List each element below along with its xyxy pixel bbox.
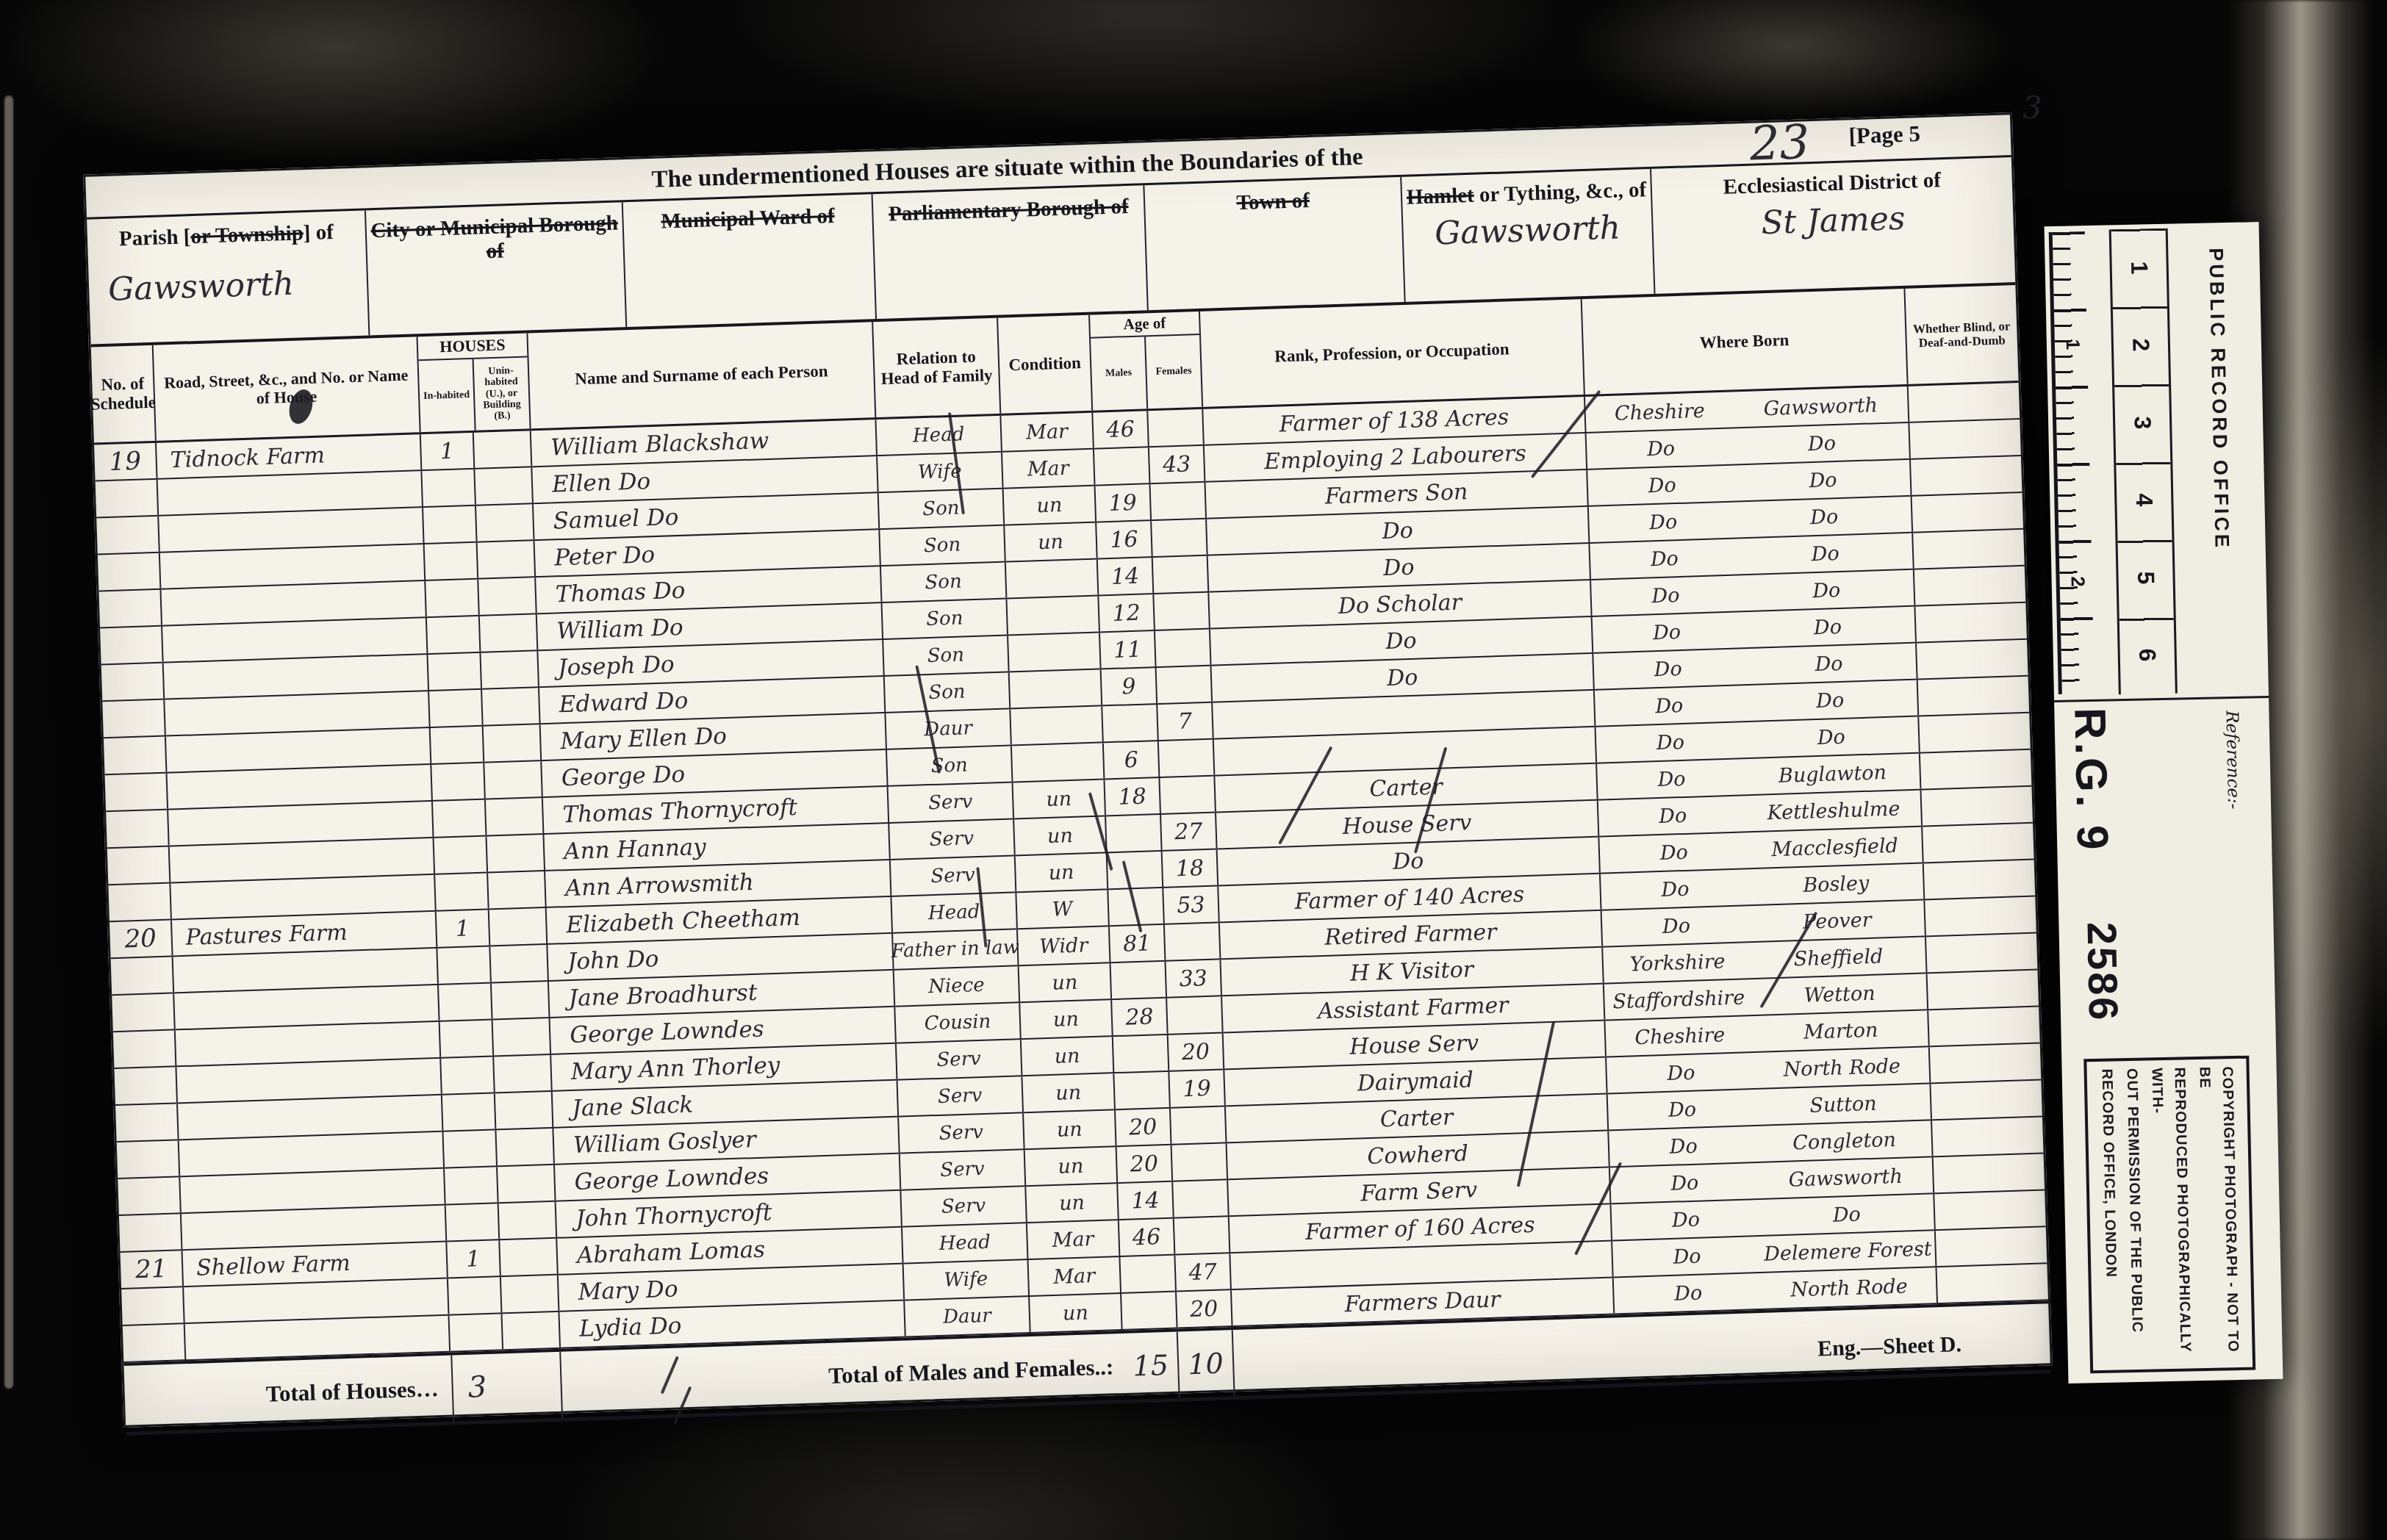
total-houses-label: Total of Houses… bbox=[124, 1356, 453, 1432]
cell-uninhabited bbox=[492, 982, 550, 1018]
cell-inhabited bbox=[442, 1093, 497, 1130]
cell-condition bbox=[1006, 560, 1099, 598]
cell-blind bbox=[1913, 530, 2024, 569]
cell-age-males: 14 bbox=[1118, 1182, 1174, 1219]
cell-relation: Niece bbox=[894, 966, 1020, 1005]
cell-age-females: 20 bbox=[1177, 1290, 1233, 1327]
col-road: Road, Street, &c., and No. or Name of Ho… bbox=[154, 337, 421, 441]
born-place: Bosley bbox=[1749, 870, 1923, 899]
cell-blind bbox=[1932, 1117, 2043, 1156]
cell-age-males: 18 bbox=[1105, 778, 1161, 815]
born-place: North Rode bbox=[1755, 1054, 1929, 1082]
cell-schedule bbox=[104, 737, 168, 774]
cell-condition bbox=[1011, 706, 1103, 744]
cell-relation: Son bbox=[887, 746, 1013, 785]
cell-age-females bbox=[1174, 1217, 1231, 1253]
cell-relation: Serv bbox=[901, 1187, 1027, 1226]
cell-house: Shellow Farm bbox=[182, 1242, 448, 1287]
cell-uninhabited bbox=[476, 504, 535, 541]
cell-blind bbox=[1936, 1264, 2047, 1303]
born-place: Marton bbox=[1754, 1017, 1928, 1046]
cell-age-males bbox=[1111, 962, 1168, 999]
cell-uninhabited bbox=[500, 1239, 559, 1275]
cell-inhabited bbox=[428, 653, 482, 690]
ruler-number: 2 bbox=[2127, 338, 2154, 352]
cell-house bbox=[174, 985, 439, 1029]
born-place: Do bbox=[1737, 503, 1911, 531]
cell-uninhabited bbox=[494, 1055, 553, 1092]
cell-inhabited bbox=[431, 763, 486, 800]
cell-relation: Wife bbox=[877, 453, 1003, 492]
born-county: Do bbox=[1614, 1279, 1762, 1306]
cell-house bbox=[178, 1095, 443, 1140]
cell-house bbox=[170, 838, 435, 882]
cell-schedule bbox=[114, 1067, 178, 1104]
cell-age-males: 16 bbox=[1096, 521, 1153, 558]
ruler-inch-2: 2 bbox=[2067, 576, 2089, 587]
cell-relation: Son bbox=[879, 489, 1005, 528]
born-place: North Rode bbox=[1762, 1274, 1936, 1303]
born-place: Do bbox=[1736, 466, 1910, 494]
born-place: Buglawton bbox=[1745, 760, 1920, 788]
cell-blind bbox=[1915, 603, 2026, 642]
copyright-line: COPYRIGHT PHOTOGRAPH - NOT TO BE bbox=[2193, 1066, 2244, 1361]
boundary-parliamentary: Parliamentary Borough of bbox=[873, 185, 1149, 319]
born-county: Do bbox=[1587, 472, 1736, 499]
cell-age-females bbox=[1157, 666, 1213, 703]
cell-schedule bbox=[98, 553, 162, 591]
col-houses-group: HOUSES bbox=[418, 333, 528, 360]
col-rank: Rank, Profession, or Occupation bbox=[1200, 299, 1585, 407]
cell-condition bbox=[1012, 743, 1105, 781]
cell-relation: Father in law bbox=[893, 929, 1019, 968]
ruler-number: 6 bbox=[2133, 648, 2161, 662]
pro-reference-strip: 1 2 1 2 3 4 5 6 PUBLIC RECORD OFFICE Ref… bbox=[2045, 222, 2283, 1384]
cell-age-females: 20 bbox=[1169, 1033, 1225, 1070]
cell-schedule bbox=[119, 1214, 183, 1251]
reference-section: Reference:- R.G. 9 2586 bbox=[2054, 698, 2276, 1055]
born-county: Staffordshire bbox=[1604, 986, 1753, 1013]
ruler-number: 5 bbox=[2132, 571, 2159, 585]
total-houses-value: 3 bbox=[451, 1352, 563, 1422]
cell-house bbox=[161, 581, 426, 625]
cell-schedule bbox=[107, 847, 171, 885]
col-females: Females bbox=[1146, 334, 1202, 409]
cell-age-females bbox=[1171, 1107, 1227, 1143]
cell-blind bbox=[1921, 787, 2032, 826]
cell-uninhabited bbox=[481, 651, 539, 688]
born-county: Cheshire bbox=[1585, 398, 1734, 425]
col-blind: Whether Blind, or Deaf-and-Dumb bbox=[1905, 285, 2018, 384]
cell-relation: Cousin bbox=[895, 1003, 1021, 1042]
cell-blind bbox=[1931, 1080, 2042, 1119]
cell-blind bbox=[1934, 1190, 2045, 1229]
col-inhabited: In-habited bbox=[419, 359, 476, 432]
cell-age-males: 20 bbox=[1117, 1145, 1174, 1182]
cell-age-females bbox=[1160, 777, 1216, 813]
cell-house bbox=[179, 1132, 445, 1176]
ecclesiastical-label: Ecclesiastical District of bbox=[1651, 166, 2012, 202]
cell-uninhabited bbox=[489, 908, 548, 945]
cell-inhabited bbox=[429, 690, 484, 727]
boundary-city: City or Municipal Borough of bbox=[366, 202, 627, 335]
cell-relation: Daur bbox=[886, 709, 1011, 748]
boundary-ecclesiastical: Ecclesiastical District of St James bbox=[1651, 157, 2015, 294]
cell-house bbox=[164, 655, 429, 699]
born-place: Congleton bbox=[1757, 1127, 1931, 1156]
sheet-footer: Eng.—Sheet D. bbox=[1817, 1332, 1962, 1361]
cell-age-females: 47 bbox=[1175, 1253, 1232, 1290]
cell-house bbox=[176, 1059, 442, 1103]
born-place: Sheffield bbox=[1751, 943, 1925, 972]
born-county: Do bbox=[1609, 1132, 1758, 1159]
cell-schedule bbox=[115, 1104, 179, 1141]
cell-condition: Mar bbox=[1001, 413, 1094, 451]
cell-age-females: 18 bbox=[1163, 849, 1219, 886]
col-males: Males bbox=[1091, 337, 1148, 411]
cell-relation: Son bbox=[881, 563, 1007, 602]
cell-age-males: 81 bbox=[1110, 925, 1166, 962]
cell-age-females bbox=[1151, 483, 1207, 519]
cell-blind bbox=[1909, 420, 2020, 458]
cell-schedule bbox=[100, 627, 164, 664]
cell-house bbox=[159, 508, 424, 552]
cell-age-males bbox=[1108, 852, 1164, 888]
cell-age-males bbox=[1114, 1072, 1171, 1109]
cell-inhabited: 1 bbox=[437, 910, 491, 947]
cell-schedule bbox=[105, 774, 169, 811]
born-county: Do bbox=[1608, 1096, 1756, 1123]
total-males: 15 bbox=[1123, 1332, 1180, 1400]
born-place: Do bbox=[1759, 1201, 1934, 1229]
cell-house bbox=[170, 875, 436, 919]
cell-uninhabited bbox=[484, 761, 543, 798]
cell-inhabited bbox=[434, 837, 489, 874]
cell-age-males: 20 bbox=[1116, 1109, 1172, 1145]
cell-house bbox=[173, 949, 439, 993]
cell-schedule bbox=[96, 480, 159, 517]
cell-uninhabited bbox=[486, 798, 545, 835]
cell-age-females bbox=[1155, 630, 1212, 666]
cell-uninhabited bbox=[484, 724, 542, 761]
cell-blind bbox=[1919, 713, 2030, 752]
cell-schedule: 19 bbox=[94, 443, 158, 481]
cell-relation: Serv bbox=[900, 1150, 1026, 1189]
cell-age-males: 14 bbox=[1098, 558, 1155, 594]
born-place: Gawsworth bbox=[1734, 392, 1908, 421]
cell-uninhabited bbox=[501, 1275, 560, 1312]
cell-house bbox=[162, 618, 428, 662]
born-county: Do bbox=[1607, 1059, 1755, 1087]
cell-uninhabited bbox=[495, 1092, 554, 1129]
page-number: 23 bbox=[1749, 115, 1811, 172]
cell-inhabited bbox=[435, 874, 489, 910]
cell-inhabited bbox=[437, 946, 492, 983]
boundary-ward: Municipal Ward of bbox=[623, 194, 877, 327]
cell-house bbox=[165, 691, 430, 735]
cell-uninhabited bbox=[493, 1018, 552, 1055]
total-mf-label: Total of Males and Females..: bbox=[561, 1334, 1125, 1418]
born-county: Do bbox=[1601, 876, 1749, 903]
cell-age-females bbox=[1153, 556, 1210, 593]
cell-age-males: 11 bbox=[1100, 631, 1157, 668]
cell-age-males: 9 bbox=[1102, 668, 1158, 705]
cell-house bbox=[160, 544, 426, 589]
cell-condition: un bbox=[1022, 1037, 1114, 1075]
city-label: City or Municipal Borough of bbox=[366, 211, 623, 268]
cell-blind bbox=[1926, 934, 2037, 973]
cell-house bbox=[158, 471, 423, 515]
cell-age-females: 7 bbox=[1157, 703, 1214, 740]
cell-blind bbox=[1909, 383, 2020, 422]
ward-label: Municipal Ward of bbox=[623, 203, 872, 235]
col-relation: Relation to Head of Family bbox=[873, 318, 1001, 417]
born-place: Macclesfield bbox=[1748, 833, 1922, 862]
cell-age-females: 19 bbox=[1169, 1070, 1226, 1107]
cell-schedule bbox=[112, 993, 176, 1031]
cell-condition: un bbox=[1016, 853, 1108, 891]
born-place: Do bbox=[1740, 613, 1914, 641]
cell-condition: un bbox=[1030, 1294, 1122, 1332]
cell-house bbox=[176, 1022, 441, 1066]
cell-uninhabited bbox=[474, 431, 533, 467]
born-county: Do bbox=[1600, 839, 1748, 866]
piece-number: 2586 bbox=[2078, 921, 2128, 1023]
born-place: Delemere Forest bbox=[1761, 1237, 1935, 1266]
cell-inhabited bbox=[422, 469, 476, 506]
cell-house: Pastures Farm bbox=[172, 912, 437, 956]
cell-condition: Mar bbox=[1029, 1257, 1121, 1295]
born-county: Do bbox=[1598, 802, 1747, 830]
born-county: Yorkshire bbox=[1603, 949, 1751, 976]
cell-relation: Son bbox=[885, 672, 1011, 711]
cell-schedule bbox=[96, 517, 160, 554]
rg9-series-label: R.G. 9 bbox=[2064, 707, 2118, 853]
cell-condition bbox=[1008, 633, 1101, 671]
cell-age-females bbox=[1152, 519, 1208, 556]
cell-age-females bbox=[1154, 593, 1210, 630]
cell-schedule bbox=[113, 1030, 177, 1068]
cell-condition: W bbox=[1016, 890, 1109, 928]
cell-relation: Serv bbox=[891, 856, 1016, 895]
col-age-group: Age of bbox=[1090, 312, 1199, 338]
cell-age-females bbox=[1167, 996, 1224, 1033]
cell-uninhabited bbox=[478, 541, 536, 577]
cell-blind bbox=[1911, 456, 2022, 495]
cell-condition bbox=[1007, 597, 1099, 635]
cell-condition: Widr bbox=[1018, 926, 1110, 965]
cell-age-males: 28 bbox=[1112, 999, 1169, 1035]
born-county: Do bbox=[1590, 545, 1739, 572]
cell-relation: Head bbox=[876, 416, 1002, 455]
born-county: Do bbox=[1610, 1169, 1759, 1196]
born-place: Gawsworth bbox=[1759, 1164, 1933, 1192]
census-sheet: The undermentioned Houses are situate wi… bbox=[83, 112, 2053, 1428]
cell-inhabited bbox=[441, 1057, 495, 1093]
cell-age-females bbox=[1172, 1143, 1229, 1180]
col-houses: HOUSES In-habited Unin-habited (U.), or … bbox=[418, 333, 531, 432]
cell-age-males bbox=[1094, 447, 1151, 484]
ruler: 1 2 1 2 3 4 5 6 PUBLIC RECORD OFFICE bbox=[2045, 222, 2269, 702]
cell-age-males bbox=[1102, 705, 1159, 741]
col-condition: Condition bbox=[998, 315, 1093, 414]
born-county: Do bbox=[1602, 913, 1751, 940]
cell-relation: Serv bbox=[897, 1040, 1022, 1079]
cell-inhabited bbox=[425, 543, 479, 580]
born-place: Do bbox=[1744, 723, 1918, 752]
copyright-line: OUT PERMISSION OF THE PUBLIC bbox=[2120, 1068, 2149, 1363]
parish-label: Parish [or Township] of bbox=[87, 219, 366, 253]
cell-blind bbox=[1914, 566, 2025, 605]
page-label: [Page 5 bbox=[1848, 120, 1920, 149]
cell-house bbox=[184, 1279, 449, 1323]
cell-inhabited bbox=[445, 1167, 499, 1203]
born-place: Do bbox=[1742, 650, 1916, 678]
copyright-stamp: COPYRIGHT PHOTOGRAPH - NOT TO BE REPRODU… bbox=[2083, 1056, 2255, 1374]
born-county: Do bbox=[1596, 729, 1745, 756]
cell-age-females bbox=[1165, 923, 1221, 960]
cell-uninhabited bbox=[499, 1202, 558, 1239]
boundary-parish: Parish [or Township] of Gawsworth bbox=[87, 210, 370, 344]
cell-age-males: 46 bbox=[1119, 1219, 1176, 1256]
born-county: Do bbox=[1593, 619, 1741, 646]
cell-condition: Mar bbox=[1027, 1220, 1120, 1259]
parliamentary-label: Parliamentary Borough of bbox=[873, 194, 1144, 227]
cell-relation: Serv bbox=[898, 1076, 1024, 1115]
col-uninhabited: Unin-habited (U.), or Building (B.) bbox=[474, 357, 530, 431]
cell-condition: un bbox=[1014, 816, 1107, 854]
page-edge-sliver bbox=[4, 96, 13, 1389]
cell-inhabited bbox=[423, 506, 478, 543]
cell-age-males bbox=[1106, 815, 1163, 852]
cell-condition: un bbox=[1025, 1147, 1118, 1185]
cell-inhabited bbox=[448, 1277, 503, 1314]
cell-uninhabited bbox=[490, 945, 549, 982]
copyright-line: REPRODUCED PHOTOGRAPHICALLY WITH- bbox=[2145, 1067, 2197, 1361]
cell-uninhabited bbox=[496, 1129, 555, 1165]
cell-house bbox=[182, 1206, 447, 1250]
cell-age-males bbox=[1121, 1292, 1178, 1329]
cell-relation: Serv bbox=[889, 782, 1014, 821]
cell-condition bbox=[1010, 669, 1102, 708]
cell-uninhabited bbox=[478, 577, 537, 614]
cell-inhabited bbox=[431, 727, 485, 763]
cell-age-females bbox=[1159, 740, 1216, 777]
cell-house bbox=[180, 1169, 445, 1213]
cell-blind bbox=[1917, 640, 2028, 679]
town-label: Town of bbox=[1145, 186, 1401, 219]
cell-blind bbox=[1920, 750, 2031, 789]
cell-house bbox=[168, 765, 433, 809]
cell-inhabited bbox=[440, 1020, 495, 1057]
born-place: Do bbox=[1738, 539, 1912, 568]
born-county: Do bbox=[1594, 655, 1742, 683]
cell-house bbox=[168, 802, 434, 846]
col-born: Where Born bbox=[1582, 289, 1909, 395]
cell-relation: Son bbox=[880, 526, 1005, 565]
cell-relation: Head bbox=[891, 893, 1017, 932]
cell-inhabited bbox=[439, 983, 493, 1020]
table-body: 19Tidnock Farm1William BlackshawHeadMar4… bbox=[94, 383, 2048, 1363]
cell-age-females: 43 bbox=[1149, 446, 1206, 483]
corner-annotation: 3 bbox=[2022, 90, 2042, 126]
cell-age-females: 27 bbox=[1161, 813, 1218, 850]
cell-age-males: 6 bbox=[1104, 741, 1160, 778]
cell-blind bbox=[1923, 824, 2034, 863]
cell-uninhabited bbox=[480, 614, 539, 651]
cell-condition: un bbox=[1004, 486, 1096, 525]
copyright-line: RECORD OFFICE, LONDON bbox=[2095, 1068, 2124, 1363]
born-county: Do bbox=[1597, 766, 1745, 793]
hamlet-label: Hamlet or Tything, &c., of bbox=[1402, 178, 1651, 210]
cell-inhabited: 1 bbox=[447, 1240, 501, 1277]
cell-schedule bbox=[123, 1324, 187, 1361]
cell-uninhabited bbox=[475, 467, 534, 504]
cell-blind bbox=[1936, 1227, 2047, 1266]
cell-house bbox=[185, 1316, 451, 1360]
boundary-hamlet: Hamlet or Tything, &c., of Gawsworth bbox=[1401, 169, 1655, 302]
cell-age-females bbox=[1148, 409, 1205, 446]
cell-inhabited bbox=[450, 1314, 504, 1350]
cell-schedule: 21 bbox=[121, 1251, 184, 1288]
cell-condition: un bbox=[1019, 963, 1112, 1001]
born-place: Do bbox=[1734, 429, 1909, 458]
cell-relation: Daur bbox=[905, 1297, 1030, 1336]
born-place: Do bbox=[1743, 686, 1917, 715]
cell-schedule: 20 bbox=[110, 920, 173, 957]
cell-blind bbox=[1928, 1007, 2039, 1046]
cell-age-females bbox=[1173, 1180, 1230, 1217]
cell-uninhabited bbox=[502, 1312, 561, 1349]
cell-relation: Wife bbox=[904, 1260, 1030, 1299]
cell-house: Tidnock Farm bbox=[157, 434, 422, 478]
ruler-inch-1: 1 bbox=[2061, 339, 2084, 350]
born-place: Peover bbox=[1750, 907, 1924, 935]
cell-relation: Serv bbox=[889, 819, 1015, 858]
ruler-number: 3 bbox=[2128, 416, 2156, 430]
cell-age-males bbox=[1120, 1256, 1177, 1292]
col-name: Name and Surname of each Person bbox=[528, 322, 876, 428]
cell-schedule bbox=[101, 663, 165, 701]
cell-inhabited bbox=[426, 580, 480, 616]
cell-blind bbox=[1912, 493, 2023, 532]
cell-age-females: 53 bbox=[1163, 886, 1220, 923]
cell-schedule bbox=[111, 957, 175, 994]
cell-condition: un bbox=[1020, 1000, 1113, 1038]
born-county: Do bbox=[1589, 508, 1737, 536]
cell-relation: Head bbox=[902, 1223, 1028, 1262]
cell-blind bbox=[1925, 897, 2036, 936]
col-age: Age of Males Females bbox=[1090, 312, 1203, 411]
cell-schedule bbox=[121, 1287, 185, 1325]
scanned-census-page: 3 The undermentioned Houses are situate … bbox=[0, 0, 2387, 1540]
born-county: Do bbox=[1587, 435, 1735, 462]
born-county: Do bbox=[1591, 582, 1740, 609]
cell-uninhabited bbox=[487, 835, 546, 871]
cell-uninhabited bbox=[498, 1165, 556, 1202]
total-females: 10 bbox=[1178, 1330, 1235, 1397]
cell-age-males: 12 bbox=[1099, 594, 1155, 631]
cell-condition: un bbox=[1024, 1110, 1116, 1148]
cell-inhabited bbox=[443, 1130, 498, 1167]
cell-uninhabited bbox=[488, 871, 547, 908]
cell-relation: Serv bbox=[899, 1113, 1024, 1152]
ecclesiastical-value: St James bbox=[1653, 196, 2014, 245]
cell-relation: Son bbox=[883, 600, 1008, 638]
born-place: Do bbox=[1740, 576, 1914, 605]
ruler-number-boxes: 1 2 3 4 5 6 bbox=[2109, 229, 2178, 695]
cell-schedule bbox=[118, 1177, 182, 1215]
